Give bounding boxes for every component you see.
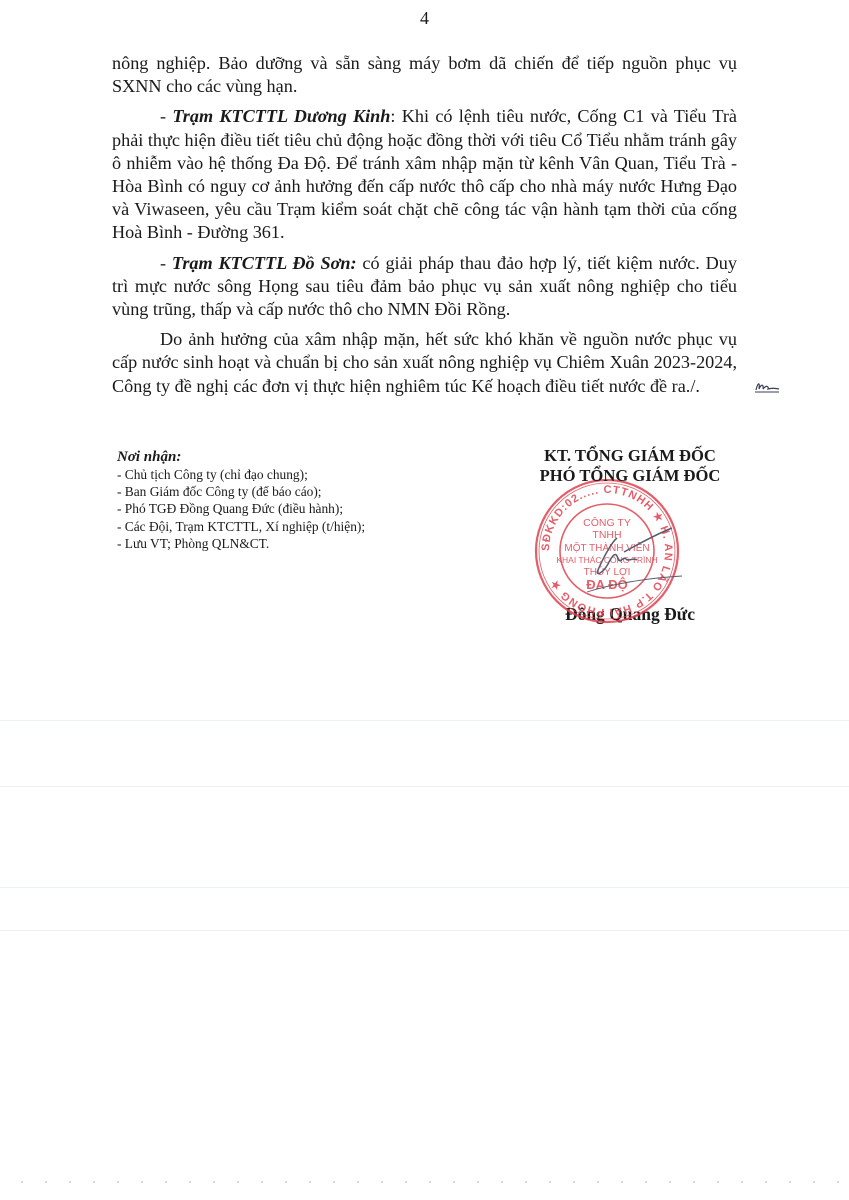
recipients-title: Nơi nhận: <box>117 448 447 466</box>
paragraph-conclusion: Do ảnh hưởng của xâm nhập mặn, hết sức k… <box>112 328 737 398</box>
recipient-item: - Ban Giám đốc Công ty (để báo cáo); <box>117 483 447 500</box>
signature-title-1: KT. TỔNG GIÁM ĐỐC <box>510 446 750 466</box>
recipient-item: - Chủ tịch Công ty (chỉ đạo chung); <box>117 466 447 483</box>
initial-mark-icon <box>705 377 733 391</box>
signature-block: KT. TỔNG GIÁM ĐỐC PHÓ TỔNG GIÁM ĐỐC SĐKK… <box>510 446 750 486</box>
recipient-item: - Lưu VT; Phòng QLN&CT. <box>117 535 447 552</box>
svg-text:TNHH: TNHH <box>592 529 621 541</box>
recipient-item: - Các Đội, Trạm KTCTTL, Xí nghiệp (t/hiệ… <box>117 518 447 535</box>
company-seal-icon: SĐKKD:02..... CTTNHH ★ H. AN LÃO T.P HẢI… <box>532 476 682 626</box>
recipient-item: - Phó TGĐ Đồng Quang Đức (điều hành); <box>117 500 447 517</box>
station-label-duong-kinh: Trạm KTCTTL Dương Kinh <box>172 106 390 126</box>
svg-text:KHAI THÁC CÔNG TRÌNH: KHAI THÁC CÔNG TRÌNH <box>556 555 657 565</box>
paragraph-continuation: nông nghiệp. Bảo dưỡng và sẵn sàng máy b… <box>112 52 737 98</box>
scan-artifact <box>0 930 849 931</box>
scan-artifact <box>0 887 849 888</box>
scan-artifact <box>10 1180 840 1184</box>
paragraph-do-son: - Trạm KTCTTL Đồ Sơn: có giải pháp thau … <box>112 252 737 322</box>
scan-artifact <box>0 786 849 787</box>
station-label-do-son: Trạm KTCTTL Đồ Sơn: <box>172 253 357 273</box>
scan-artifact <box>0 720 849 721</box>
recipients-list: Nơi nhận: - Chủ tịch Công ty (chỉ đạo ch… <box>117 448 447 552</box>
letter-body: nông nghiệp. Bảo dưỡng và sẵn sàng máy b… <box>112 52 737 398</box>
svg-text:ĐA ĐỘ: ĐA ĐỘ <box>586 577 627 592</box>
page-number: 4 <box>0 8 849 29</box>
paragraph-duong-kinh: - Trạm KTCTTL Dương Kinh: Khi có lệnh ti… <box>112 105 737 244</box>
svg-text:CÔNG TY: CÔNG TY <box>583 516 631 529</box>
signature-title-2: PHÓ TỔNG GIÁM ĐỐC <box>510 466 750 486</box>
